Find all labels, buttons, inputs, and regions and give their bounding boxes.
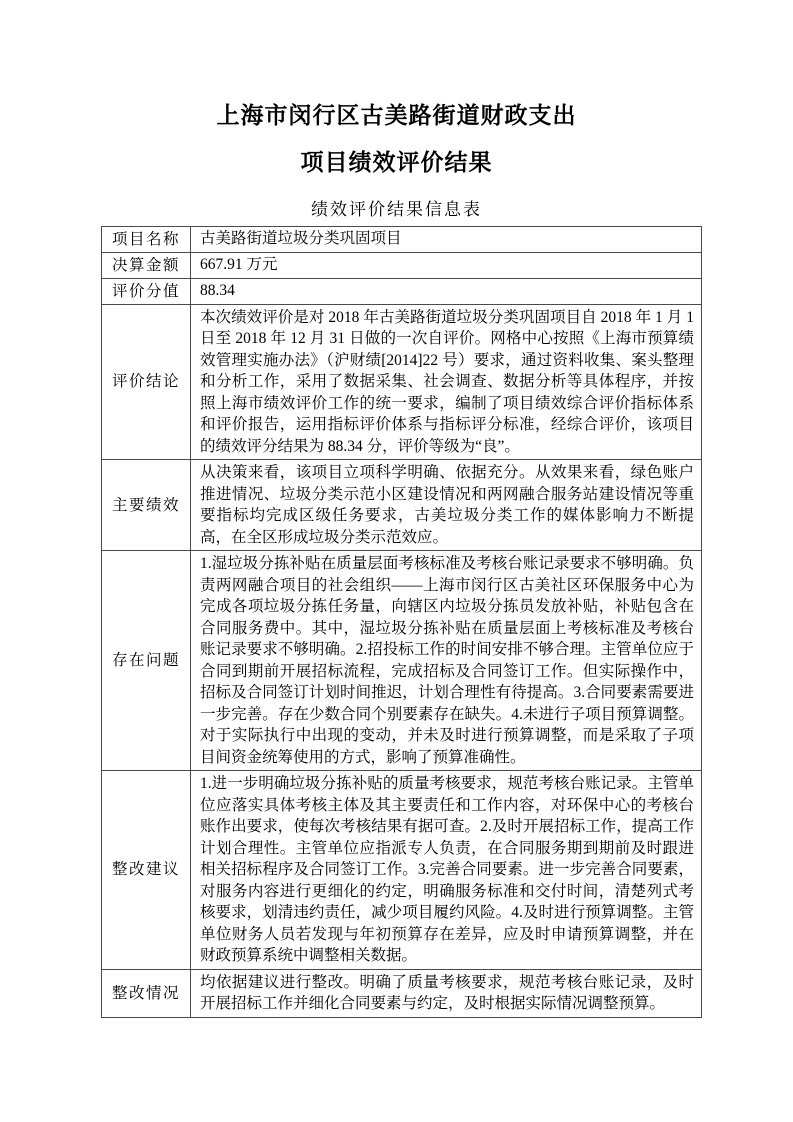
row-content: 667.91 万元 <box>191 252 702 278</box>
row-content: 1.进一步明确垃圾分拣补贴的质量考核要求，规范考核台账记录。主管单位应落实具体考… <box>191 771 702 970</box>
row-content: 88.34 <box>191 278 702 304</box>
document-title-line1: 上海市闵行区古美路街道财政支出 <box>0 0 793 128</box>
row-label: 项目名称 <box>102 226 191 252</box>
row-label: 整改建议 <box>102 771 191 970</box>
row-label: 存在问题 <box>102 551 191 771</box>
row-label: 主要绩效 <box>102 460 191 551</box>
document-page: 上海市闵行区古美路街道财政支出 项目绩效评价结果 绩效评价结果信息表 项目名称 … <box>0 0 793 1122</box>
table-row-rectification-suggestions: 整改建议 1.进一步明确垃圾分拣补贴的质量考核要求，规范考核台账记录。主管单位应… <box>102 771 702 970</box>
row-label: 评价结论 <box>102 304 191 460</box>
row-content: 1.湿垃圾分拣补贴在质量层面考核标准及考核台账记录要求不够明确。负责两网融合项目… <box>191 551 702 771</box>
table-row-main-performance: 主要绩效 从决策来看，该项目立项科学明确、依据充分。从效果来看，绿色账户推进情况… <box>102 460 702 551</box>
row-label: 整改情况 <box>102 969 191 1017</box>
table-row-project-name: 项目名称 古美路街道垃圾分类巩固项目 <box>102 226 702 252</box>
row-label: 决算金额 <box>102 252 191 278</box>
row-label: 评价分值 <box>102 278 191 304</box>
row-content: 本次绩效评价是对 2018 年古美路街道垃圾分类巩固项目自 2018 年 1 月… <box>191 304 702 460</box>
table-caption: 绩效评价结果信息表 <box>0 195 793 220</box>
table-row-existing-problems: 存在问题 1.湿垃圾分拣补贴在质量层面考核标准及考核台账记录要求不够明确。负责两… <box>102 551 702 771</box>
table-row-final-amount: 决算金额 667.91 万元 <box>102 252 702 278</box>
row-content: 古美路街道垃圾分类巩固项目 <box>191 226 702 252</box>
row-content: 均依据建议进行整改。明确了质量考核要求，规范考核台账记录，及时开展招标工作并细化… <box>191 969 702 1017</box>
evaluation-result-table: 项目名称 古美路街道垃圾分类巩固项目 决算金额 667.91 万元 评价分值 8… <box>101 226 702 1018</box>
table-row-score: 评价分值 88.34 <box>102 278 702 304</box>
document-title-line2: 项目绩效评价结果 <box>0 150 793 175</box>
row-content: 从决策来看，该项目立项科学明确、依据充分。从效果来看，绿色账户推进情况、垃圾分类… <box>191 460 702 551</box>
table-row-rectification-status: 整改情况 均依据建议进行整改。明确了质量考核要求，规范考核台账记录，及时开展招标… <box>102 969 702 1017</box>
table-row-conclusion: 评价结论 本次绩效评价是对 2018 年古美路街道垃圾分类巩固项目自 2018 … <box>102 304 702 460</box>
